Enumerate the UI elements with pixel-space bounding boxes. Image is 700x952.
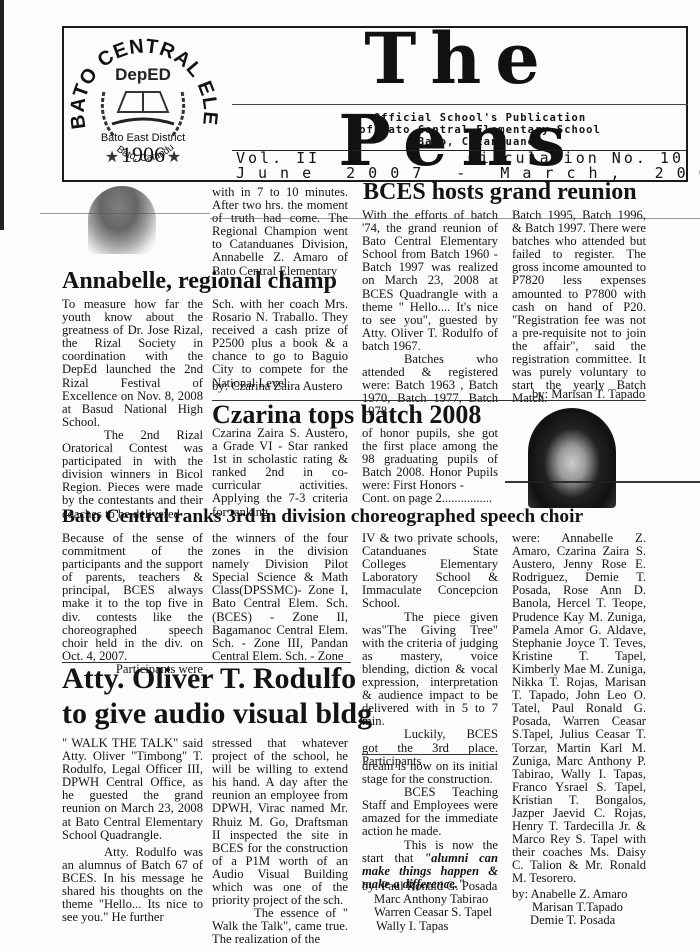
publication-line-2: of Bato Central Elementary School — [330, 124, 630, 136]
czarina-paragraph: of honor pupils, she got the first place… — [362, 427, 498, 492]
choir-paragraph-4: The piece given was"The Giving Tree" wit… — [362, 611, 498, 729]
audio-visual-byline: by: Paul Ronald G. Posada Marc Anthony T… — [362, 880, 497, 933]
choir-column-2: the winners of the four zones in the div… — [212, 532, 348, 663]
regional-byline: by: Czarina Zaira Austero — [212, 380, 352, 393]
scan-artifact — [210, 218, 700, 219]
av-paragraph-6: BCES Teaching Staff and Employees were a… — [362, 786, 498, 838]
svg-text:DepED: DepED — [115, 65, 171, 84]
choir-column-4: were: Annabelle Z. Amaro, Czarina Zaira … — [512, 532, 646, 886]
av-paragraph-1: " WALK THE TALK" said Atty. Oliver "Timb… — [62, 737, 203, 842]
scan-artifact — [505, 481, 700, 483]
annabelle-photo — [88, 186, 156, 254]
reunion-column-1: With the efforts of batch '74, the grand… — [362, 209, 498, 419]
av-byline-3: Warren Ceasar S. Tapel — [362, 906, 497, 919]
audio-visual-column-3: dream is now on its initial stage for th… — [362, 760, 498, 891]
publication-line-1: Official School's Publication — [330, 112, 630, 124]
audio-visual-column-1: " WALK THE TALK" said Atty. Oliver "Timb… — [62, 737, 203, 924]
headline-czarina: Czarina tops batch 2008 — [212, 401, 481, 429]
av-paragraph-3: stressed that whatever project of the sc… — [212, 737, 348, 907]
choir-column-3: IV & two private schools, Catanduanes St… — [362, 532, 498, 768]
choir-paragraph-1: Because of the sense of commitment of th… — [62, 532, 203, 663]
regional-column-1: To measure how far the youth know about … — [62, 298, 203, 521]
headline-speech-choir: Bato Central ranks 3rd in division chore… — [62, 506, 583, 528]
av-paragraph-5: dream is now on its initial stage for th… — [362, 760, 498, 786]
choir-paragraph-3: IV & two private schools, Catanduanes St… — [362, 532, 498, 611]
publication-line-3: Bato, Catanduanes — [330, 136, 630, 148]
czarina-photo — [528, 408, 616, 508]
reunion-column-2: Batch 1995, Batch 1996, & Batch 1997. Th… — [512, 209, 646, 405]
av-paragraph-2: Atty. Rodulfo was an alumnus of Batch 67… — [62, 846, 203, 925]
audio-visual-column-2: stressed that whatever project of the sc… — [212, 737, 348, 947]
headline-grand-reunion: BCES hosts grand reunion — [363, 178, 637, 206]
regional-column-2-top: with in 7 to 10 minutes. After two hrs. … — [212, 186, 348, 278]
choir-byline: by: Anabelle Z. Amaro Marisan T.Tapado D… — [512, 888, 627, 928]
section-divider — [362, 754, 498, 755]
newspaper-title: The Pens — [232, 18, 686, 100]
choir-byline-3: Demie T. Posada — [512, 914, 627, 927]
headline-rodulfo-line-2: to give audio visual bldg — [62, 697, 372, 731]
headline-rodulfo-line-1: Atty. Oliver T. Rodulfo — [62, 662, 356, 696]
av-paragraph-4: The essence of " Walk the Talk", came tr… — [212, 907, 348, 946]
scan-artifact — [40, 213, 210, 214]
av-byline-4: Wally I. Tapas — [362, 920, 497, 933]
publication-tagline: Official School's Publication of Bato Ce… — [330, 112, 630, 148]
regional-paragraph-1: To measure how far the youth know about … — [62, 298, 203, 429]
school-seal-logo: BATO CENTRAL ELEMENTARY SCHOOL DepED Bat… — [64, 28, 222, 180]
reunion-paragraph-1: With the efforts of batch '74, the grand… — [362, 209, 498, 353]
scan-edge — [0, 0, 4, 230]
continued-link[interactable]: Cont. on page 2................ — [362, 492, 498, 505]
czarina-column-2: of honor pupils, she got the first place… — [362, 427, 498, 506]
choir-column-1: Because of the sense of commitment of th… — [62, 532, 203, 676]
title-rule — [232, 104, 688, 105]
czarina-column-1: Czarina Zaira S. Austero, a Grade VI - S… — [212, 427, 348, 519]
regional-column-2-bottom: Sch. with her coach Mrs. Rosario N. Trab… — [212, 298, 348, 390]
